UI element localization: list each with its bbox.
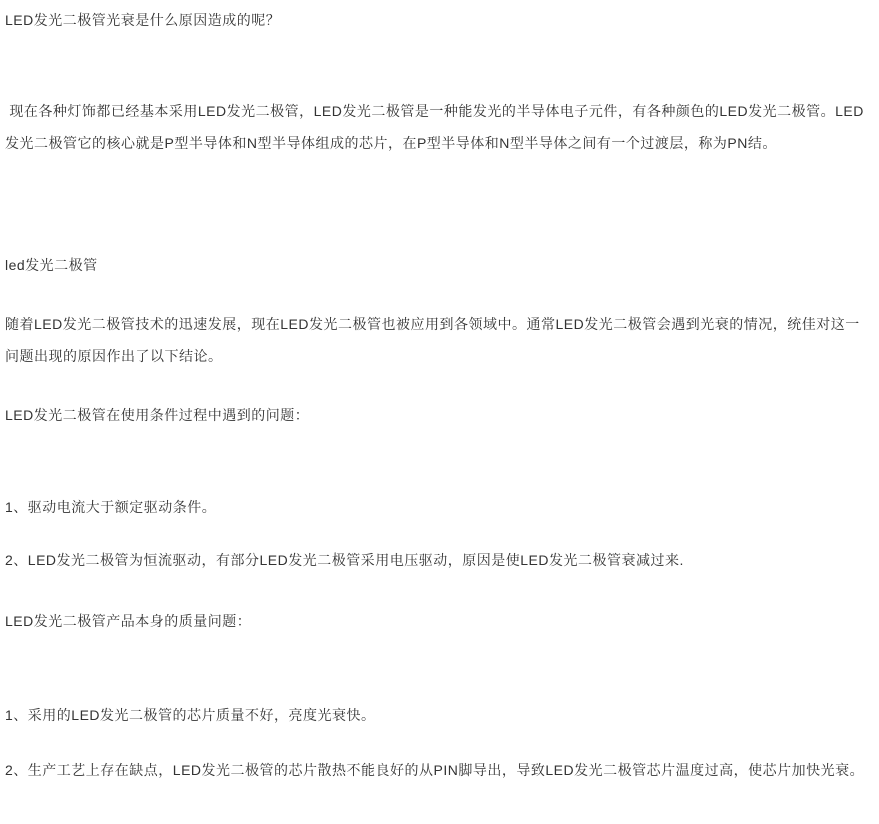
section2-item-2: 2、生产工艺上存在缺点，LED发光二极管的芯片散热不能良好的从PIN脚导出，导致… xyxy=(5,754,873,786)
section2-item-1: 1、采用的LED发光二极管的芯片质量不好，亮度光衰快。 xyxy=(5,699,873,731)
article-page: LED发光二极管光衰是什么原因造成的呢？ 现在各种灯饰都已经基本采用LED发光二… xyxy=(0,0,879,824)
article-title: LED发光二极管光衰是什么原因造成的呢？ xyxy=(5,4,873,36)
section2-heading: LED发光二极管产品本身的质量问题： xyxy=(5,605,873,637)
image-caption: led发光二极管 xyxy=(5,249,873,281)
intro-paragraph: 现在各种灯饰都已经基本采用LED发光二极管，LED发光二极管是一种能发光的半导体… xyxy=(5,95,873,159)
overview-paragraph: 随着LED发光二极管技术的迅速发展，现在LED发光二极管也被应用到各领域中。通常… xyxy=(5,308,873,372)
section1-item-2: 2、LED发光二极管为恒流驱动，有部分LED发光二极管采用电压驱动，原因是使LE… xyxy=(5,544,873,576)
section1-item-1: 1、驱动电流大于额定驱动条件。 xyxy=(5,491,873,523)
section1-heading: LED发光二极管在使用条件过程中遇到的问题： xyxy=(5,399,873,431)
